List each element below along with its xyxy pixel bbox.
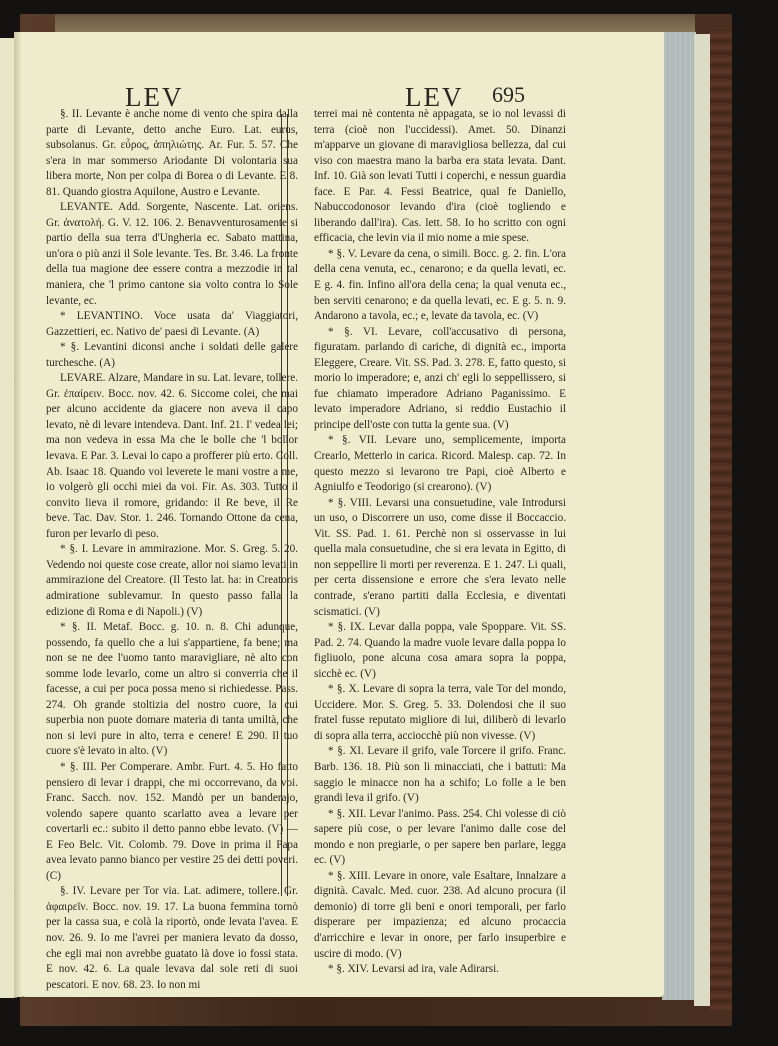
book-cover-top-edge xyxy=(55,14,695,34)
dictionary-entry: LEVANTE. Add. Sorgente, Nascente. Lat. o… xyxy=(46,200,298,309)
page-number: 695 xyxy=(492,82,525,108)
dictionary-entry: LEVARE. Alzare, Mandare in su. Lat. leva… xyxy=(46,371,298,542)
page-leaf-stack xyxy=(662,32,696,1000)
dictionary-paragraph: * §. II. Metaf. Bocc. g. 10. n. 8. Chi a… xyxy=(46,620,298,760)
gutter-shadow xyxy=(14,32,22,997)
dictionary-paragraph: * §. I. Levare in ammirazione. Mor. S. G… xyxy=(46,542,298,620)
dictionary-paragraph: * §. V. Levare da cena, o simili. Bocc. … xyxy=(314,247,566,325)
dictionary-paragraph: * §. VIII. Levarsi una consuetudine, val… xyxy=(314,496,566,620)
right-column: terrei mai nè contenta nè appagata, se i… xyxy=(314,107,566,978)
dictionary-paragraph: * §. Levantini diconsi anche i soldati d… xyxy=(46,340,298,371)
left-column: §. II. Levante è anche nome di vento che… xyxy=(46,107,298,993)
dictionary-paragraph: §. IV. Levare per Tor via. Lat. adimere,… xyxy=(46,884,298,993)
book-spine-edge xyxy=(710,30,732,1010)
dictionary-paragraph: * §. XIV. Levarsi ad ira, vale Adirarsi. xyxy=(314,962,566,978)
dictionary-paragraph: * §. XII. Levar l'animo. Pass. 254. Chi … xyxy=(314,807,566,869)
dictionary-paragraph: * §. IX. Levar dalla poppa, vale Spoppar… xyxy=(314,620,566,682)
dictionary-paragraph: * §. X. Levare di sopra la terra, vale T… xyxy=(314,682,566,744)
dictionary-paragraph: * §. III. Per Comperare. Ambr. Furt. 4. … xyxy=(46,760,298,884)
dictionary-entry: * LEVANTINO. Voce usata da' Viaggiatori,… xyxy=(46,309,298,340)
page-leaf-edge xyxy=(694,34,710,1006)
dictionary-paragraph: §. II. Levante è anche nome di vento che… xyxy=(46,107,298,200)
dictionary-paragraph: * §. XIII. Levare in onore, vale Esaltar… xyxy=(314,869,566,962)
dictionary-paragraph-continued: terrei mai nè contenta nè appagata, se i… xyxy=(314,107,566,247)
dictionary-paragraph: * §. VII. Levare uno, semplicemente, imp… xyxy=(314,433,566,495)
dictionary-paragraph: * §. VI. Levare, coll'accusativo di pers… xyxy=(314,325,566,434)
dictionary-paragraph: * §. XI. Levare il grifo, vale Torcere i… xyxy=(314,744,566,806)
